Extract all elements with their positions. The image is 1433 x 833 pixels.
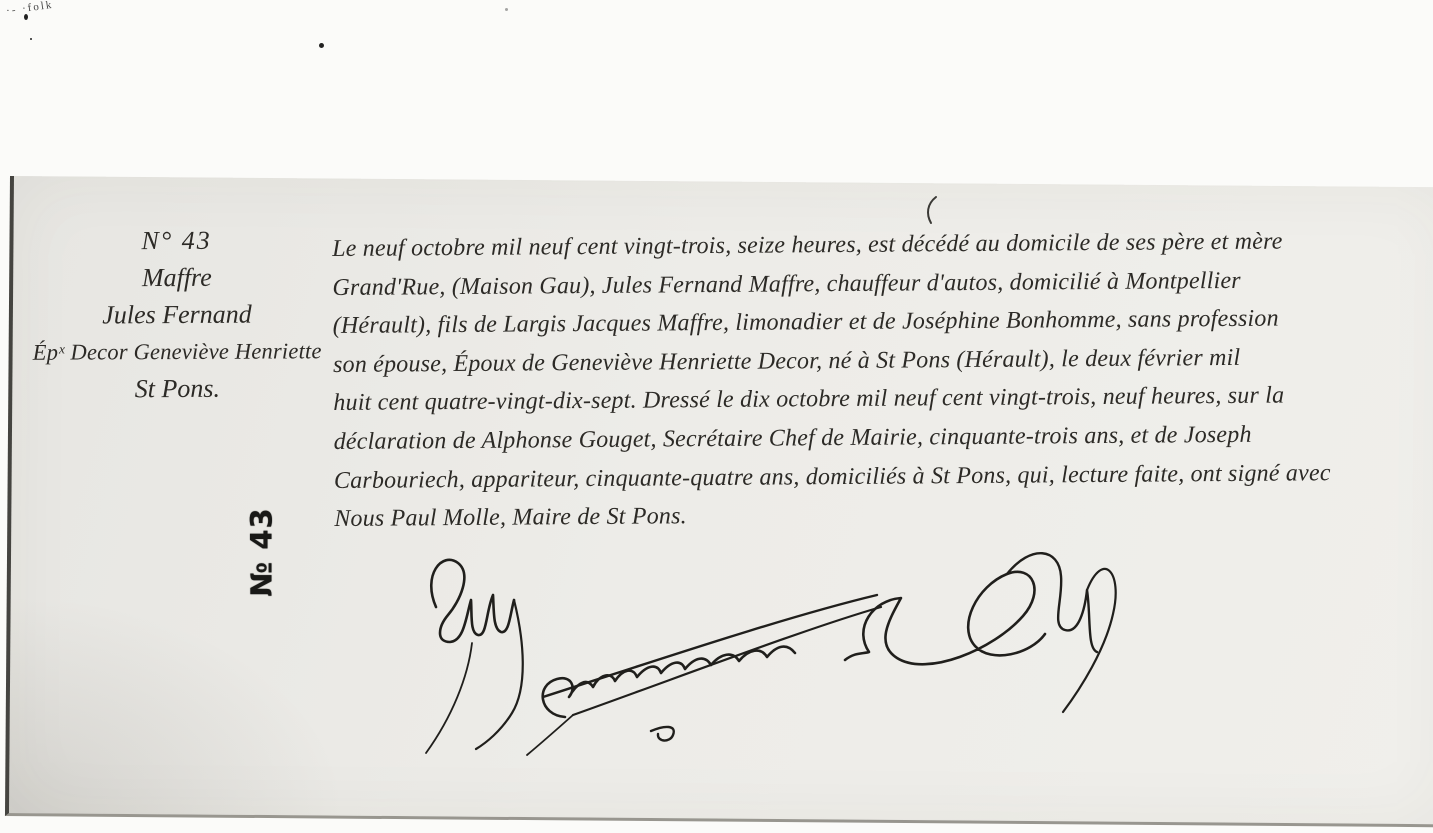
place-name: St Pons. (24, 369, 330, 408)
number-stamp: № 43 (230, 498, 294, 606)
margin-annotation: N° 43 Maffre Jules Fernand Épˣ Decor Gen… (24, 221, 331, 408)
act-line: Nous Paul Molle, Maire de St Pons. (334, 492, 1331, 538)
ink-speck (319, 43, 324, 48)
act-line: Carbouriech, appariteur, cinquante-quatr… (334, 454, 1331, 500)
signature-mayor-molle (408, 545, 543, 755)
scanned-death-record: { "colors": { "ink": "#2c2a26", "paper":… (0, 0, 1433, 833)
given-names: Jules Fernand (24, 295, 330, 334)
ink-scribble: ·- ·folk (5, 0, 54, 17)
ink-speck (505, 8, 508, 11)
ink-speck (30, 38, 32, 40)
pen-mark (922, 194, 942, 226)
surname: Maffre (24, 258, 330, 297)
signature-gouget (835, 532, 1120, 724)
spouse-name: Épˣ Decor Geneviève Henriette (24, 332, 330, 371)
ink-speck (24, 14, 28, 20)
act-body: Le neuf octobre mil neuf cent vingt-troi… (332, 222, 1331, 539)
act-number: N° 43 (24, 221, 330, 260)
